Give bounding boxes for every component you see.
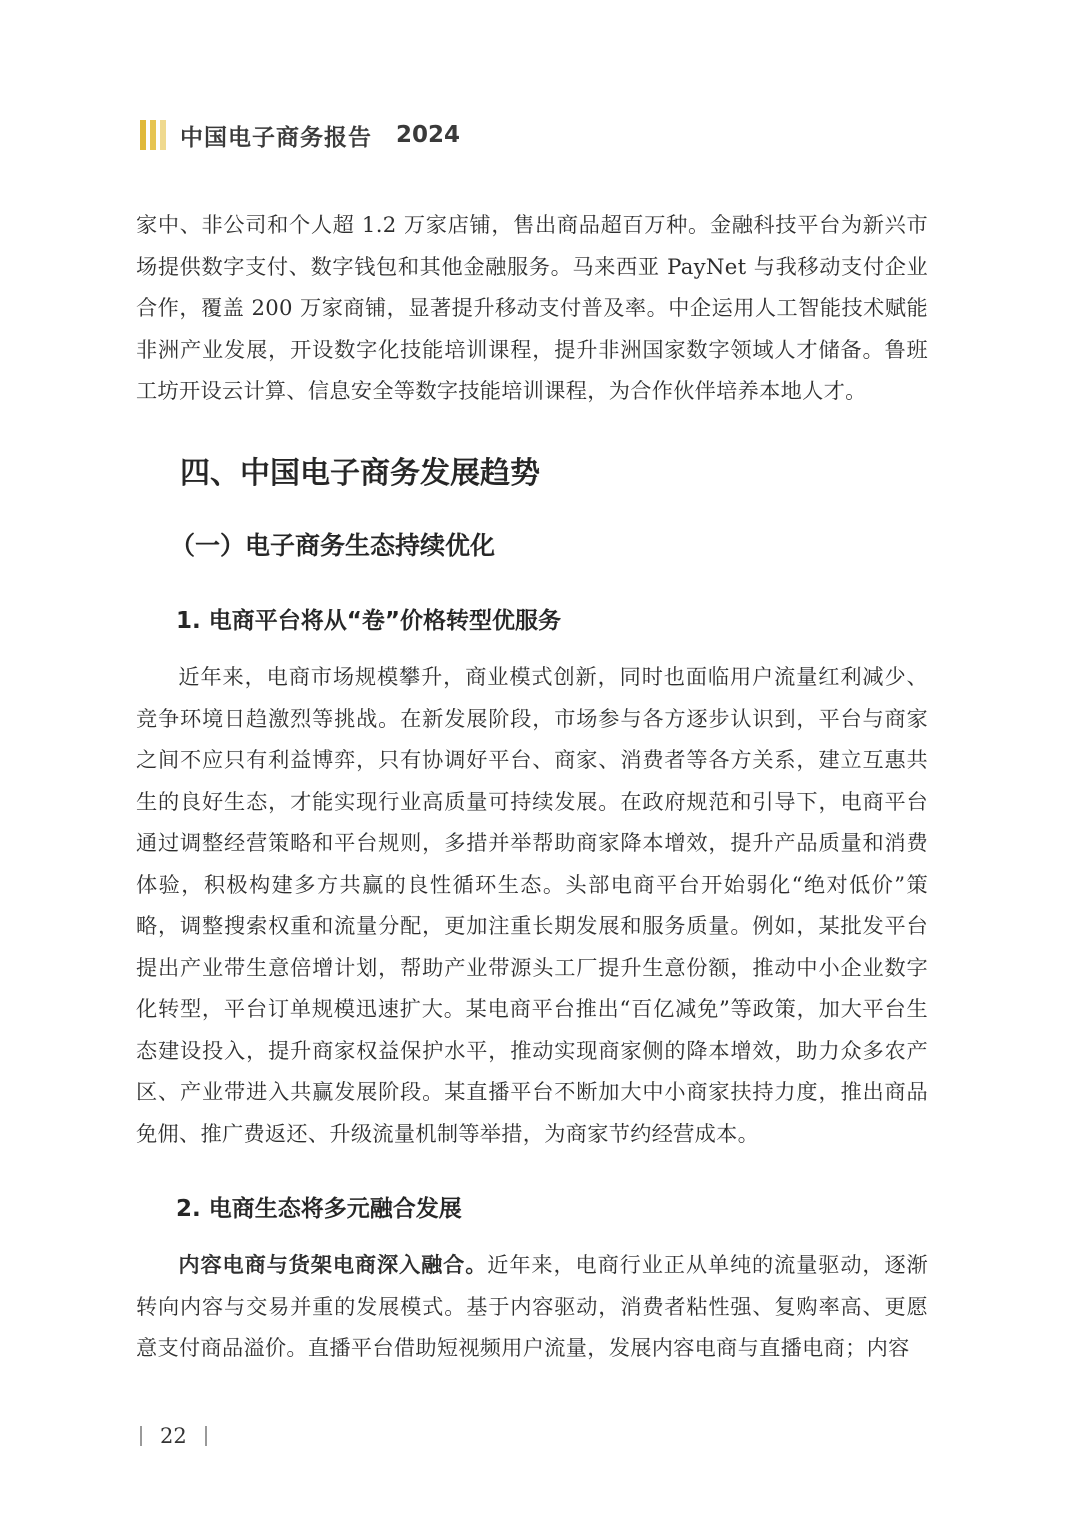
header-bar	[150, 120, 156, 150]
item-paragraph-2: 内容电商与货架电商深入融合。近年来，电商行业正从单纯的流量驱动，逐渐转向内容与交…	[136, 1244, 928, 1369]
report-header: 中国电子商务报告 2024	[140, 118, 460, 152]
footer-separator-left	[140, 1426, 142, 1446]
footer-separator-right	[205, 1426, 207, 1446]
item1-heading-block: 1. 电商平台将从“卷”价格转型优服务	[136, 602, 928, 638]
item2-heading-block: 2. 电商生态将多元融合发展	[136, 1190, 928, 1226]
report-year: 2024	[396, 122, 460, 148]
subsection-heading-block: （一）电子商务生态持续优化	[136, 526, 928, 566]
item-lead-2: 内容电商与货架电商深入融合。	[178, 1252, 487, 1277]
header-bar	[140, 120, 146, 150]
item-heading-2: 2. 电商生态将多元融合发展	[176, 1190, 462, 1223]
continuation-paragraph: 家中、非公司和个人超 1.2 万家店铺，售出商品超百万种。金融科技平台为新兴市场…	[136, 204, 928, 412]
section-heading: 四、中国电子商务发展趋势	[180, 448, 540, 492]
page-number: 22	[160, 1424, 187, 1448]
header-bars-icon	[140, 120, 166, 150]
subsection-heading: （一）电子商务生态持续优化	[170, 526, 495, 562]
header-bar	[160, 120, 166, 150]
item2-paragraph-block: 内容电商与货架电商深入融合。近年来，电商行业正从单纯的流量驱动，逐渐转向内容与交…	[136, 1244, 928, 1369]
report-title: 中国电子商务报告	[180, 119, 372, 152]
page-footer: 22	[140, 1424, 207, 1448]
item-paragraph-1: 近年来，电商市场规模攀升，商业模式创新，同时也面临用户流量红利减少、竞争环境日趋…	[136, 656, 928, 1154]
item1-paragraph-block: 近年来，电商市场规模攀升，商业模式创新，同时也面临用户流量红利减少、竞争环境日趋…	[136, 656, 928, 1154]
continuation-paragraph-block: 家中、非公司和个人超 1.2 万家店铺，售出商品超百万种。金融科技平台为新兴市场…	[136, 204, 928, 412]
section-heading-block: 四、中国电子商务发展趋势	[136, 448, 928, 498]
item-heading-1: 1. 电商平台将从“卷”价格转型优服务	[176, 602, 561, 635]
